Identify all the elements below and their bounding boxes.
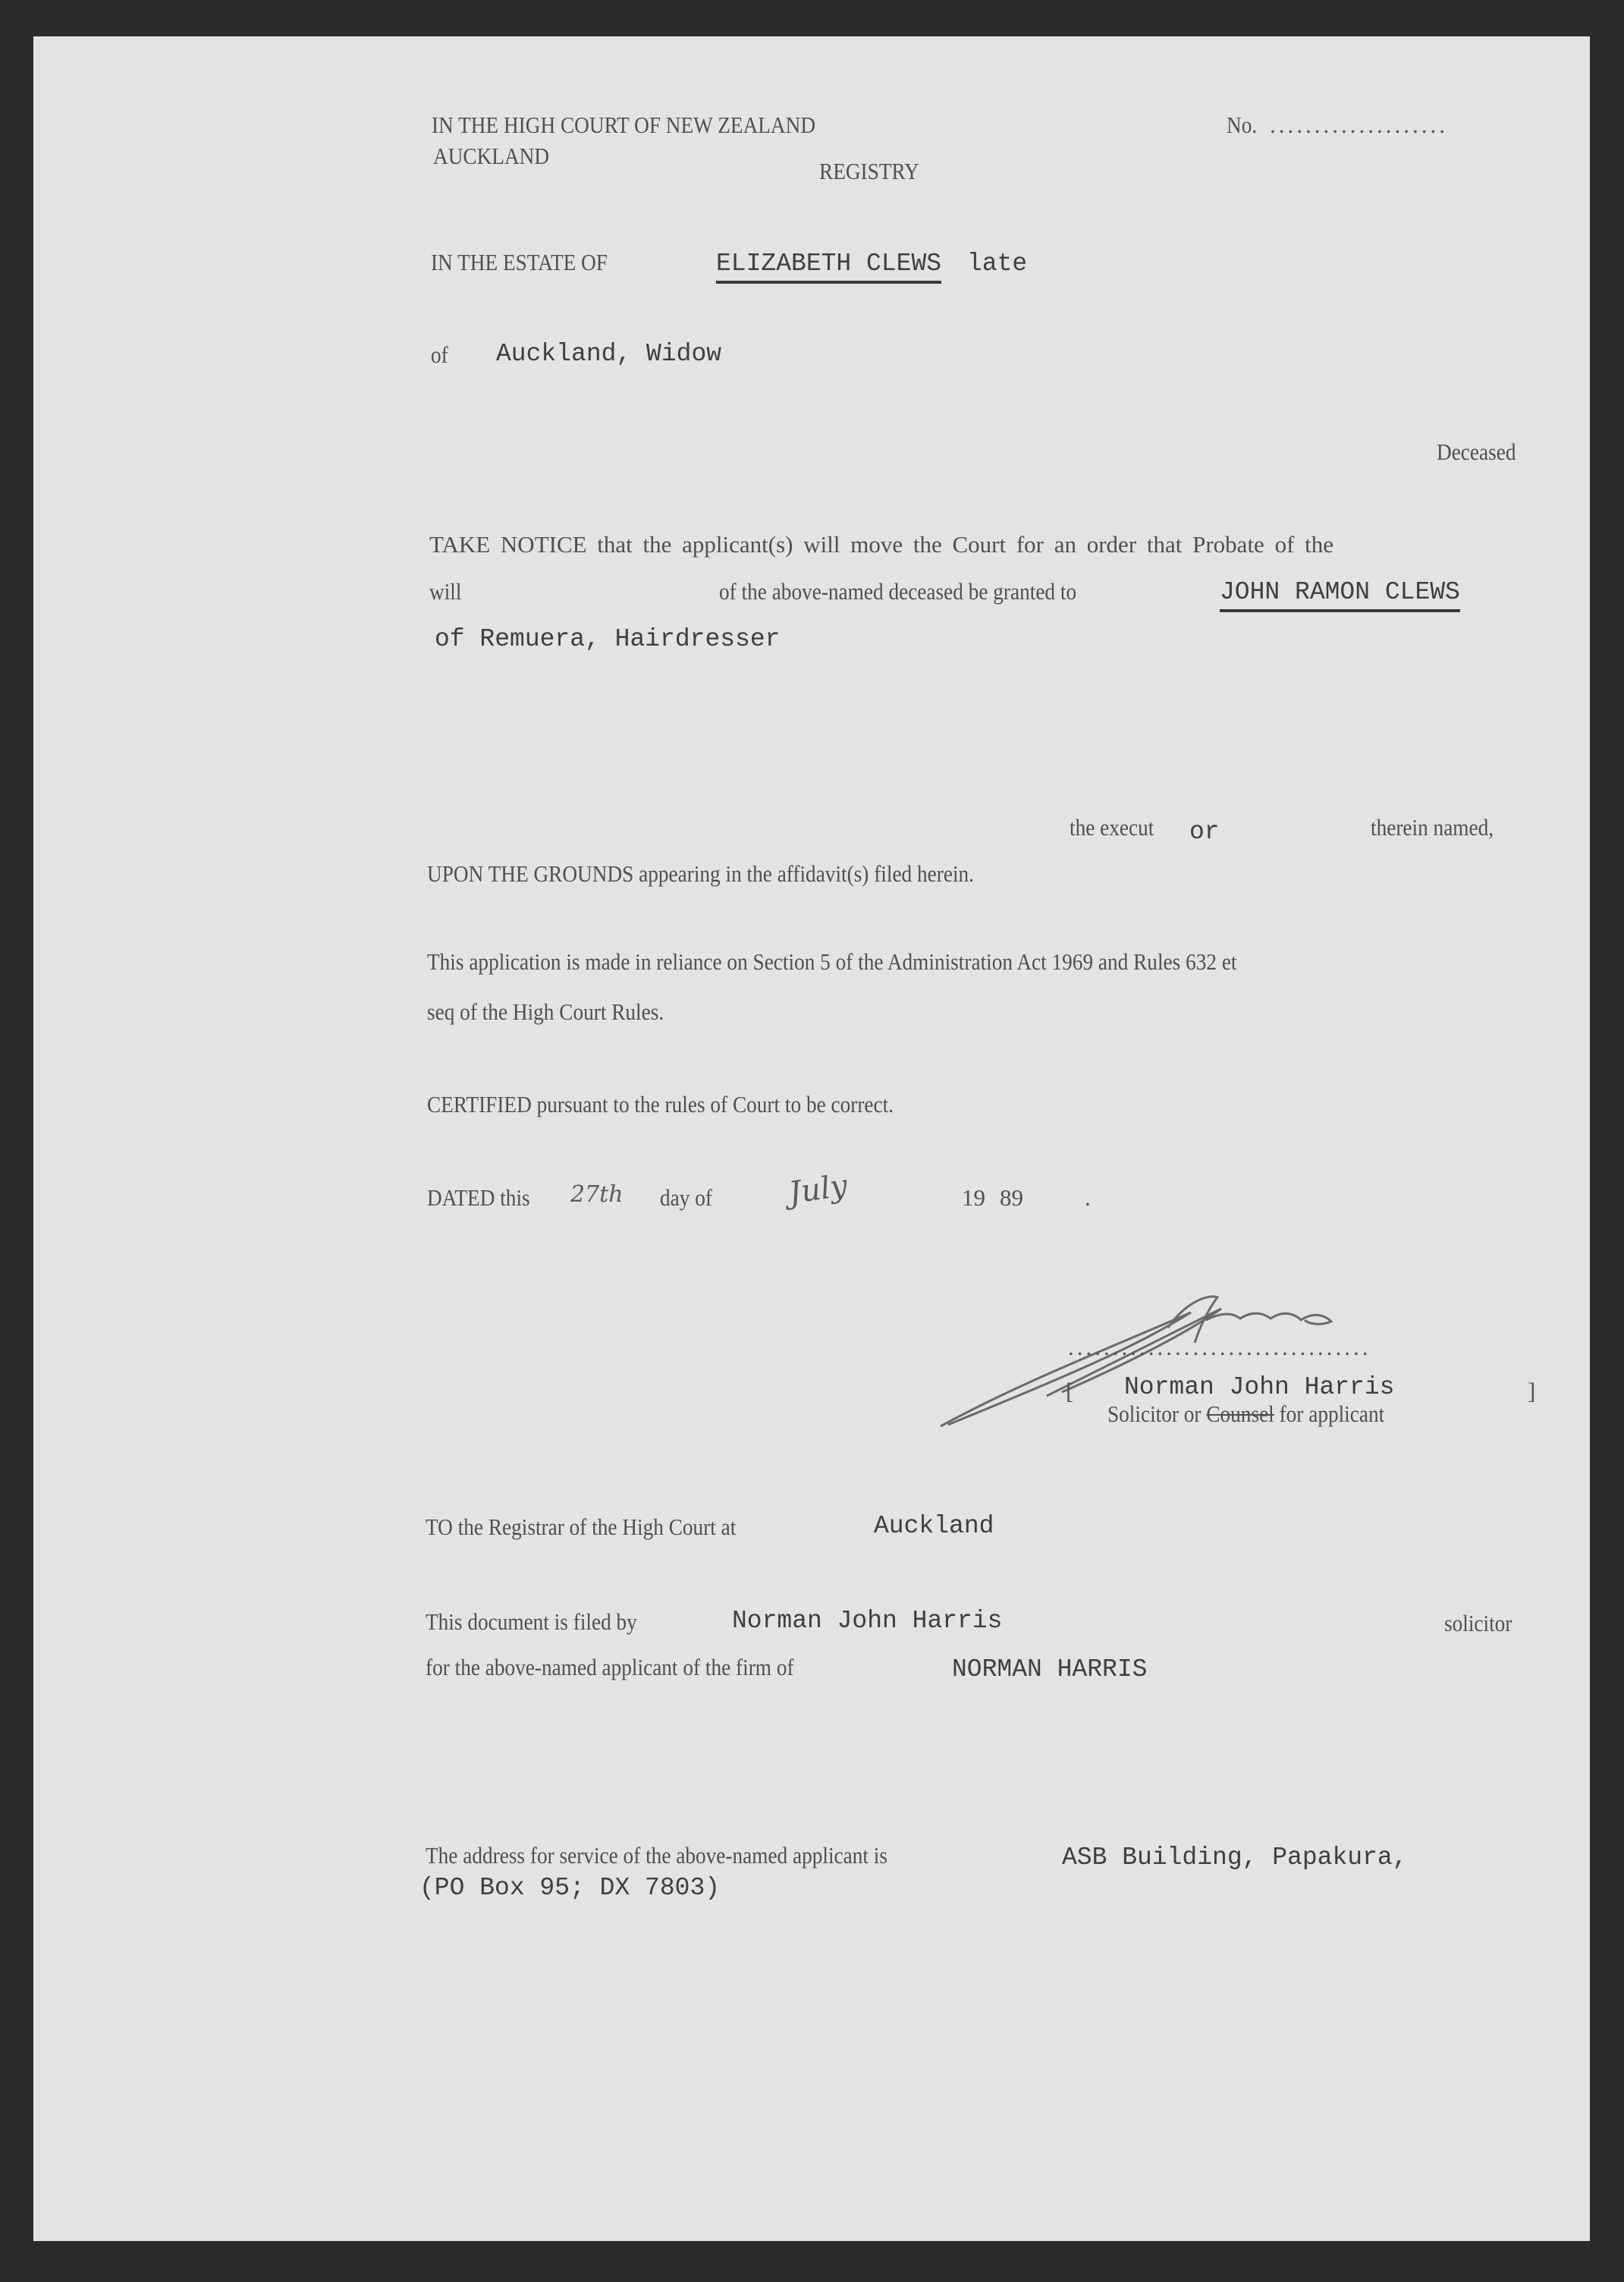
service-address-line-1: ASB Building, Papakura, bbox=[1062, 1845, 1407, 1870]
firm-name: NORMAN HARRIS bbox=[952, 1657, 1147, 1682]
of-label: of bbox=[431, 343, 448, 366]
role-solicitor-text: Solicitor or bbox=[1107, 1400, 1202, 1427]
year-suffix: 89 bbox=[1000, 1186, 1023, 1209]
grantee-description: of Remuera, Hairdresser bbox=[435, 627, 780, 652]
role-solicitor: Solicitor or Counsel for applicant bbox=[1107, 1402, 1384, 1425]
notice-line-1: TAKE NOTICE that the applicant(s) will m… bbox=[429, 533, 1333, 556]
dated-end: . bbox=[1085, 1186, 1091, 1209]
grounds-text: UPON THE GROUNDS appearing in the affida… bbox=[427, 862, 974, 885]
signature-line: .................................. bbox=[1068, 1335, 1371, 1359]
certified-text: CERTIFIED pursuant to the rules of Court… bbox=[427, 1092, 894, 1116]
registry-name: AUCKLAND bbox=[433, 144, 549, 168]
bracket-close: ] bbox=[1528, 1379, 1535, 1403]
estate-prefix: IN THE ESTATE OF bbox=[431, 250, 608, 274]
deceased-label: Deceased bbox=[1437, 440, 1516, 464]
deceased-description: Auckland, Widow bbox=[496, 341, 721, 366]
year-prefix: 19 bbox=[962, 1186, 985, 1209]
service-label: The address for service of the above-nam… bbox=[426, 1844, 887, 1867]
role-counsel-struck: Counsel bbox=[1206, 1400, 1274, 1427]
will-label: will bbox=[429, 580, 461, 603]
number-field: .................... bbox=[1270, 113, 1448, 137]
handwritten-month: July bbox=[787, 1171, 850, 1209]
grantee-name: JOHN RAMON CLEWS bbox=[1220, 580, 1460, 612]
firm-label: for the above-named applicant of the fir… bbox=[426, 1655, 794, 1679]
role-suffix: for applicant bbox=[1280, 1400, 1385, 1427]
reliance-line-2: seq of the High Court Rules. bbox=[427, 1000, 664, 1023]
registrar-location: Auckland bbox=[874, 1513, 994, 1539]
filed-by-name: Norman John Harris bbox=[732, 1608, 1002, 1633]
signatory-name: Norman John Harris bbox=[1124, 1375, 1394, 1400]
deceased-name: ELIZABETH CLEWS bbox=[716, 251, 941, 284]
executor-prefix: the execut bbox=[1070, 816, 1154, 839]
filed-by-label: This document is filed by bbox=[426, 1610, 637, 1633]
court-title: IN THE HIGH COURT OF NEW ZEALAND bbox=[432, 113, 815, 137]
dated-prefix: DATED this bbox=[427, 1186, 530, 1209]
therein-named: therein named, bbox=[1371, 816, 1494, 839]
bracket-open: [ bbox=[1066, 1379, 1073, 1403]
document-page bbox=[33, 36, 1590, 2241]
filed-by-role: solicitor bbox=[1444, 1611, 1512, 1635]
service-address-line-2: (PO Box 95; DX 7803) bbox=[419, 1875, 720, 1900]
number-label: No. bbox=[1227, 113, 1257, 137]
estate-late: late bbox=[967, 251, 1027, 276]
handwritten-day: 27th bbox=[570, 1183, 624, 1206]
notice-line-2: of the above-named deceased be granted t… bbox=[719, 580, 1076, 603]
registry-label: REGISTRY bbox=[819, 159, 919, 183]
day-of-label: day of bbox=[660, 1186, 712, 1209]
registrar-label: TO the Registrar of the High Court at bbox=[426, 1515, 736, 1539]
reliance-line-1: This application is made in reliance on … bbox=[427, 950, 1237, 973]
executor-suffix: or bbox=[1189, 819, 1220, 844]
